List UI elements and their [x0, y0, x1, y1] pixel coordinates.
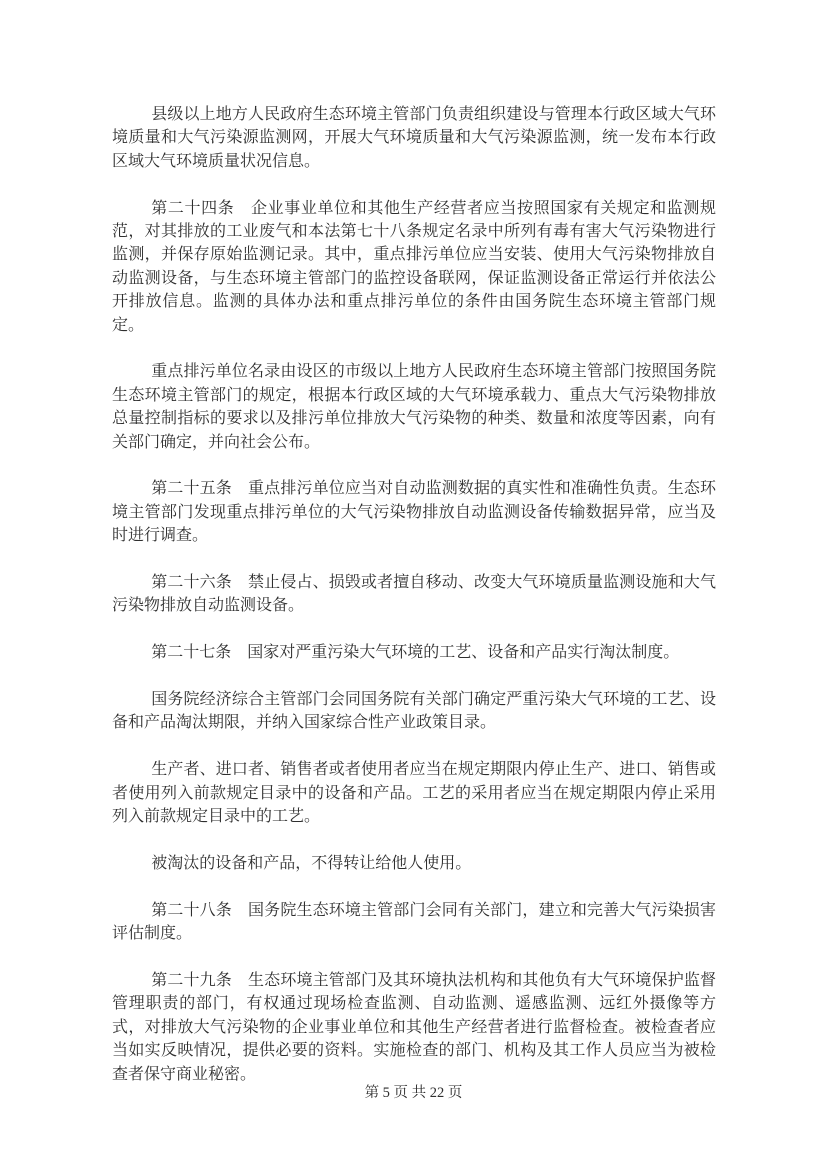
page-content: 县级以上地方人民政府生态环境主管部门负责组织建设与管理本行政区域大气环境质量和大… — [112, 103, 716, 1109]
article-27-paragraph-2: 国务院经济综合主管部门会同国务院有关部门确定严重污染大气环境的工艺、设备和产品淘… — [112, 688, 716, 735]
article-29: 第二十九条 生态环境主管部门及其环境执法机构和其他负有大气环境保护监督管理职责的… — [112, 969, 716, 1086]
page-number-footer: 第 5 页 共 22 页 — [0, 1083, 827, 1103]
article-24-paragraph-2: 重点排污单位名录由设区的市级以上地方人民政府生态环境主管部门按照国务院生态环境主… — [112, 360, 716, 454]
document-page: 县级以上地方人民政府生态环境主管部门负责组织建设与管理本行政区域大气环境质量和大… — [0, 0, 827, 1170]
article-27: 第二十七条 国家对严重污染大气环境的工艺、设备和产品实行淘汰制度。 — [112, 641, 716, 664]
article-25: 第二十五条 重点排污单位应当对自动监测数据的真实性和准确性负责。生态环境主管部门… — [112, 477, 716, 547]
article-28: 第二十八条 国务院生态环境主管部门会同有关部门，建立和完善大气污染损害评估制度。 — [112, 899, 716, 946]
article-27-paragraph-3: 生产者、进口者、销售者或者使用者应当在规定期限内停止生产、进口、销售或者使用列入… — [112, 758, 716, 828]
law-paragraph-monitoring-network: 县级以上地方人民政府生态环境主管部门负责组织建设与管理本行政区域大气环境质量和大… — [112, 103, 716, 173]
article-26: 第二十六条 禁止侵占、损毁或者擅自移动、改变大气环境质量监测设施和大气污染物排放… — [112, 571, 716, 618]
article-27-paragraph-4: 被淘汰的设备和产品，不得转让给他人使用。 — [112, 852, 716, 875]
article-24: 第二十四条 企业事业单位和其他生产经营者应当按照国家有关规定和监测规范，对其排放… — [112, 197, 716, 337]
